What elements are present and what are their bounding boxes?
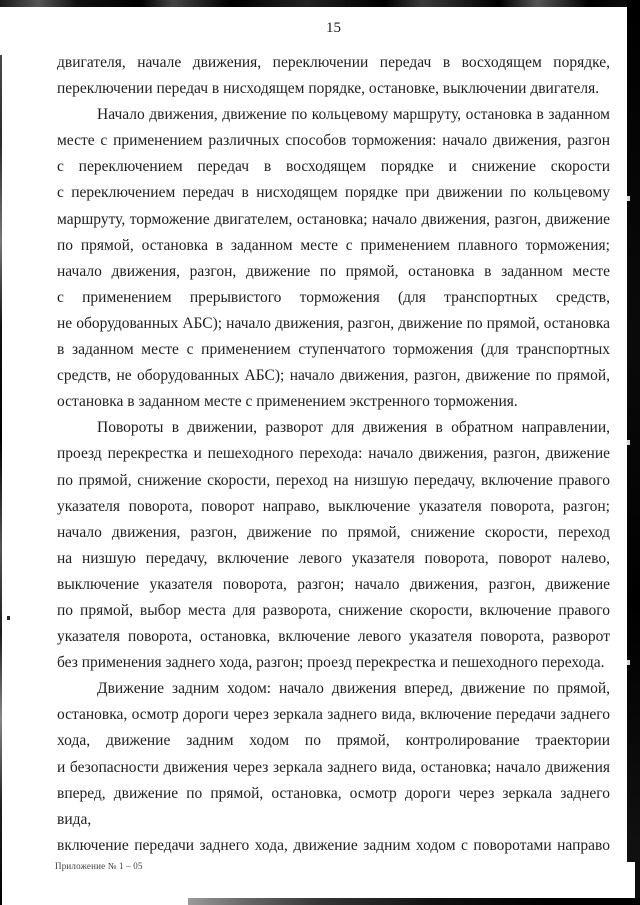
scan-notch — [627, 440, 630, 445]
text-line: Движение задним ходом: начало движения в… — [57, 676, 610, 702]
scan-artifact-top-edge — [0, 0, 640, 7]
scan-notch — [627, 196, 630, 201]
text-line: без применения заднего хода, разгон; про… — [57, 650, 610, 676]
text-body: двигателя, начале движения, переключении… — [57, 50, 610, 859]
text-line: включение передачи заднего хода, движени… — [57, 833, 610, 859]
text-line: средств, не оборудованных АБС); начало д… — [57, 363, 610, 389]
scan-artifact-right-edge — [627, 0, 640, 862]
text-line: Начало движения, движение по кольцевому … — [57, 102, 610, 128]
text-line: маршруту, торможение двигателем, останов… — [57, 207, 610, 233]
text-line: месте с применением различных способов т… — [57, 128, 610, 154]
text-line: с переключением передач в нисходящем пор… — [57, 180, 610, 206]
text-line: с переключением передач в восходящем пор… — [57, 154, 610, 180]
text-line: вперед, движение по прямой, остановка, о… — [57, 781, 610, 833]
scan-artifact-left-edge — [0, 55, 2, 905]
text-line: и безопасности движения через зеркала за… — [57, 755, 610, 781]
text-line: проезд перекрестка и пешеходного переход… — [57, 441, 610, 467]
text-line: Повороты в движении, разворот для движен… — [57, 415, 610, 441]
text-line: переключении передач в нисходящем порядк… — [57, 76, 610, 102]
text-line: остановка, осмотр дороги через зеркала з… — [57, 702, 610, 728]
text-line: остановка в заданном месте с применением… — [57, 389, 610, 415]
text-line: хода, движение задним ходом по прямой, к… — [57, 728, 610, 754]
text-line: начало движения, разгон, движение по пря… — [57, 520, 610, 546]
text-line: выключение указателя поворота, разгон; н… — [57, 572, 610, 598]
text-line: двигателя, начале движения, переключении… — [57, 50, 610, 76]
scan-speck — [7, 616, 10, 620]
text-line: по прямой, остановка в заданном месте с … — [57, 233, 610, 259]
scan-artifact-right-edge-tail — [635, 860, 640, 900]
text-line: с применением прерывистого торможения (д… — [57, 285, 610, 311]
text-line: указателя поворота, остановка, включение… — [57, 624, 610, 650]
scanned-document-page: 15 двигателя, начале движения, переключе… — [0, 0, 640, 905]
text-line: по прямой, выбор места для разворота, сн… — [57, 598, 610, 624]
text-line: не оборудованных АБС); начало движения, … — [57, 311, 610, 337]
text-line: начало движения, разгон, движение по пря… — [57, 259, 610, 285]
scan-artifact-bottom-edge — [188, 898, 640, 905]
text-line: на низшую передачу, включение левого ука… — [57, 546, 610, 572]
footer-annotation: Приложение № 1 – 05 — [55, 861, 143, 871]
text-line: в заданном месте с применением ступенчат… — [57, 337, 610, 363]
page-number: 15 — [57, 20, 610, 37]
scan-notch — [627, 660, 630, 665]
text-line: по прямой, снижение скорости, переход на… — [57, 468, 610, 494]
text-line: указателя поворота, поворот направо, вык… — [57, 494, 610, 520]
